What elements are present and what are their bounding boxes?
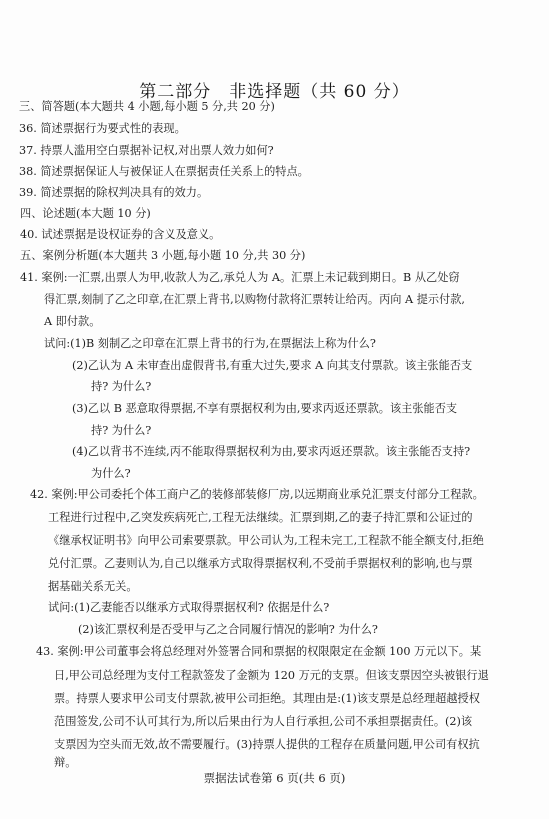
question-41-line-3: A 即付款。	[44, 315, 100, 329]
question-43-line-4: 范围签发,公司不认可其行为,所以后果由行为人自行承担,公司不承担票据责任。(2)…	[54, 715, 472, 729]
question-41-line-2: 得汇票,刻制了乙之印章,在汇票上背书,以购物付款将汇票转让给丙。丙向 A 提示付…	[44, 293, 465, 307]
question-41-line-1: 41. 案例:一汇票,出票人为甲,收款人为乙,承兑人为 A。汇票上未记载到期日。…	[20, 271, 460, 285]
question-43-line-5: 支票因为空头而无效,故不需要履行。(3)持票人提供的工程存在质量问题,甲公司有权…	[54, 738, 480, 752]
section-5-heading: 五、案例分析题(本大题共 3 小题,每小题 10 分,共 30 分)	[20, 249, 305, 263]
exam-page: 第二部分 非选择题（共 60 分） 三、简答题(本大题共 4 小题,每小题 5 …	[0, 0, 549, 819]
question-41-ask-4a: (4)乙以背书不连续,丙不能取得票据权利为由,要求丙返还票款。该主张能否支持?	[72, 445, 470, 459]
question-43-line-2: 日,甲公司总经理为支付工程款签发了金额为 120 万元的支票。但该支票因空头被银…	[54, 669, 489, 683]
question-40: 40. 试述票据是设权证券的含义及意义。	[20, 228, 220, 242]
question-39: 39. 简述票据的除权判决具有的效力。	[19, 186, 208, 200]
question-42-line-1: 42. 案例:甲公司委托个体工商户乙的装修部装修厂房,以远期商业承兑汇票支付部分…	[30, 488, 484, 502]
question-43-line-1: 43. 案例:甲公司董事会将总经理对外签署合同和票据的权限限定在金额 100 万…	[36, 645, 481, 659]
question-38: 38. 简述票据保证人与被保证人在票据责任关系上的特点。	[19, 165, 309, 179]
question-41-ask-1: 试问:(1)B 刻制乙之印章在汇票上背书的行为,在票据法上称为什么?	[44, 337, 376, 351]
question-42-ask-1: 试问:(1)乙妻能否以继承方式取得票据权利? 依据是什么?	[48, 601, 329, 615]
page-footer: 票据法试卷第 6 页(共 6 页)	[0, 770, 549, 786]
question-37: 37. 持票人滥用空白票据补记权,对出票人效力如何?	[19, 144, 274, 158]
question-43-line-6: 辩。	[54, 756, 76, 770]
section-3-heading: 三、简答题(本大题共 4 小题,每小题 5 分,共 20 分)	[19, 100, 275, 114]
question-41-ask-3a: (3)乙以 B 恶意取得票据,不享有票据权利为由,要求丙返还票款。该主张能否支	[72, 402, 457, 416]
question-41-ask-3b: 持? 为什么?	[91, 424, 151, 438]
question-36: 36. 简述票据行为要式性的表现。	[19, 122, 186, 136]
question-41-ask-4b: 为什么?	[91, 467, 131, 481]
section-4-heading: 四、论述题(本大题 10 分)	[20, 207, 151, 221]
question-42-line-3: 《继承权证明书》向甲公司索要票款。甲公司认为,工程未完工,工程款不能全额支付,拒…	[48, 534, 484, 548]
question-43-line-3: 票。持票人要求甲公司支付票款,被甲公司拒绝。其理由是:(1)该支票是总经理超越授…	[54, 692, 480, 706]
question-42-line-5: 据基础关系无关。	[48, 580, 138, 594]
question-41-ask-2a: (2)乙认为 A 未审查出虚假背书,有重大过失,要求 A 向其支付票款。该主张能…	[72, 359, 472, 373]
question-42-line-2: 工程进行过程中,乙突发疾病死亡,工程无法继续。汇票到期,乙的妻子持汇票和公证过的	[48, 511, 473, 525]
part-title: 第二部分 非选择题（共 60 分）	[0, 77, 549, 102]
question-42-line-4: 兑付汇票。乙妻则认为,自己以继承方式取得票据权利,不受前手票据权利的影响,也与票	[48, 557, 473, 571]
question-42-ask-2: (2)该汇票权利是否受甲与乙之合同履行情况的影响? 为什么?	[78, 623, 378, 637]
question-41-ask-2b: 持? 为什么?	[91, 380, 151, 394]
